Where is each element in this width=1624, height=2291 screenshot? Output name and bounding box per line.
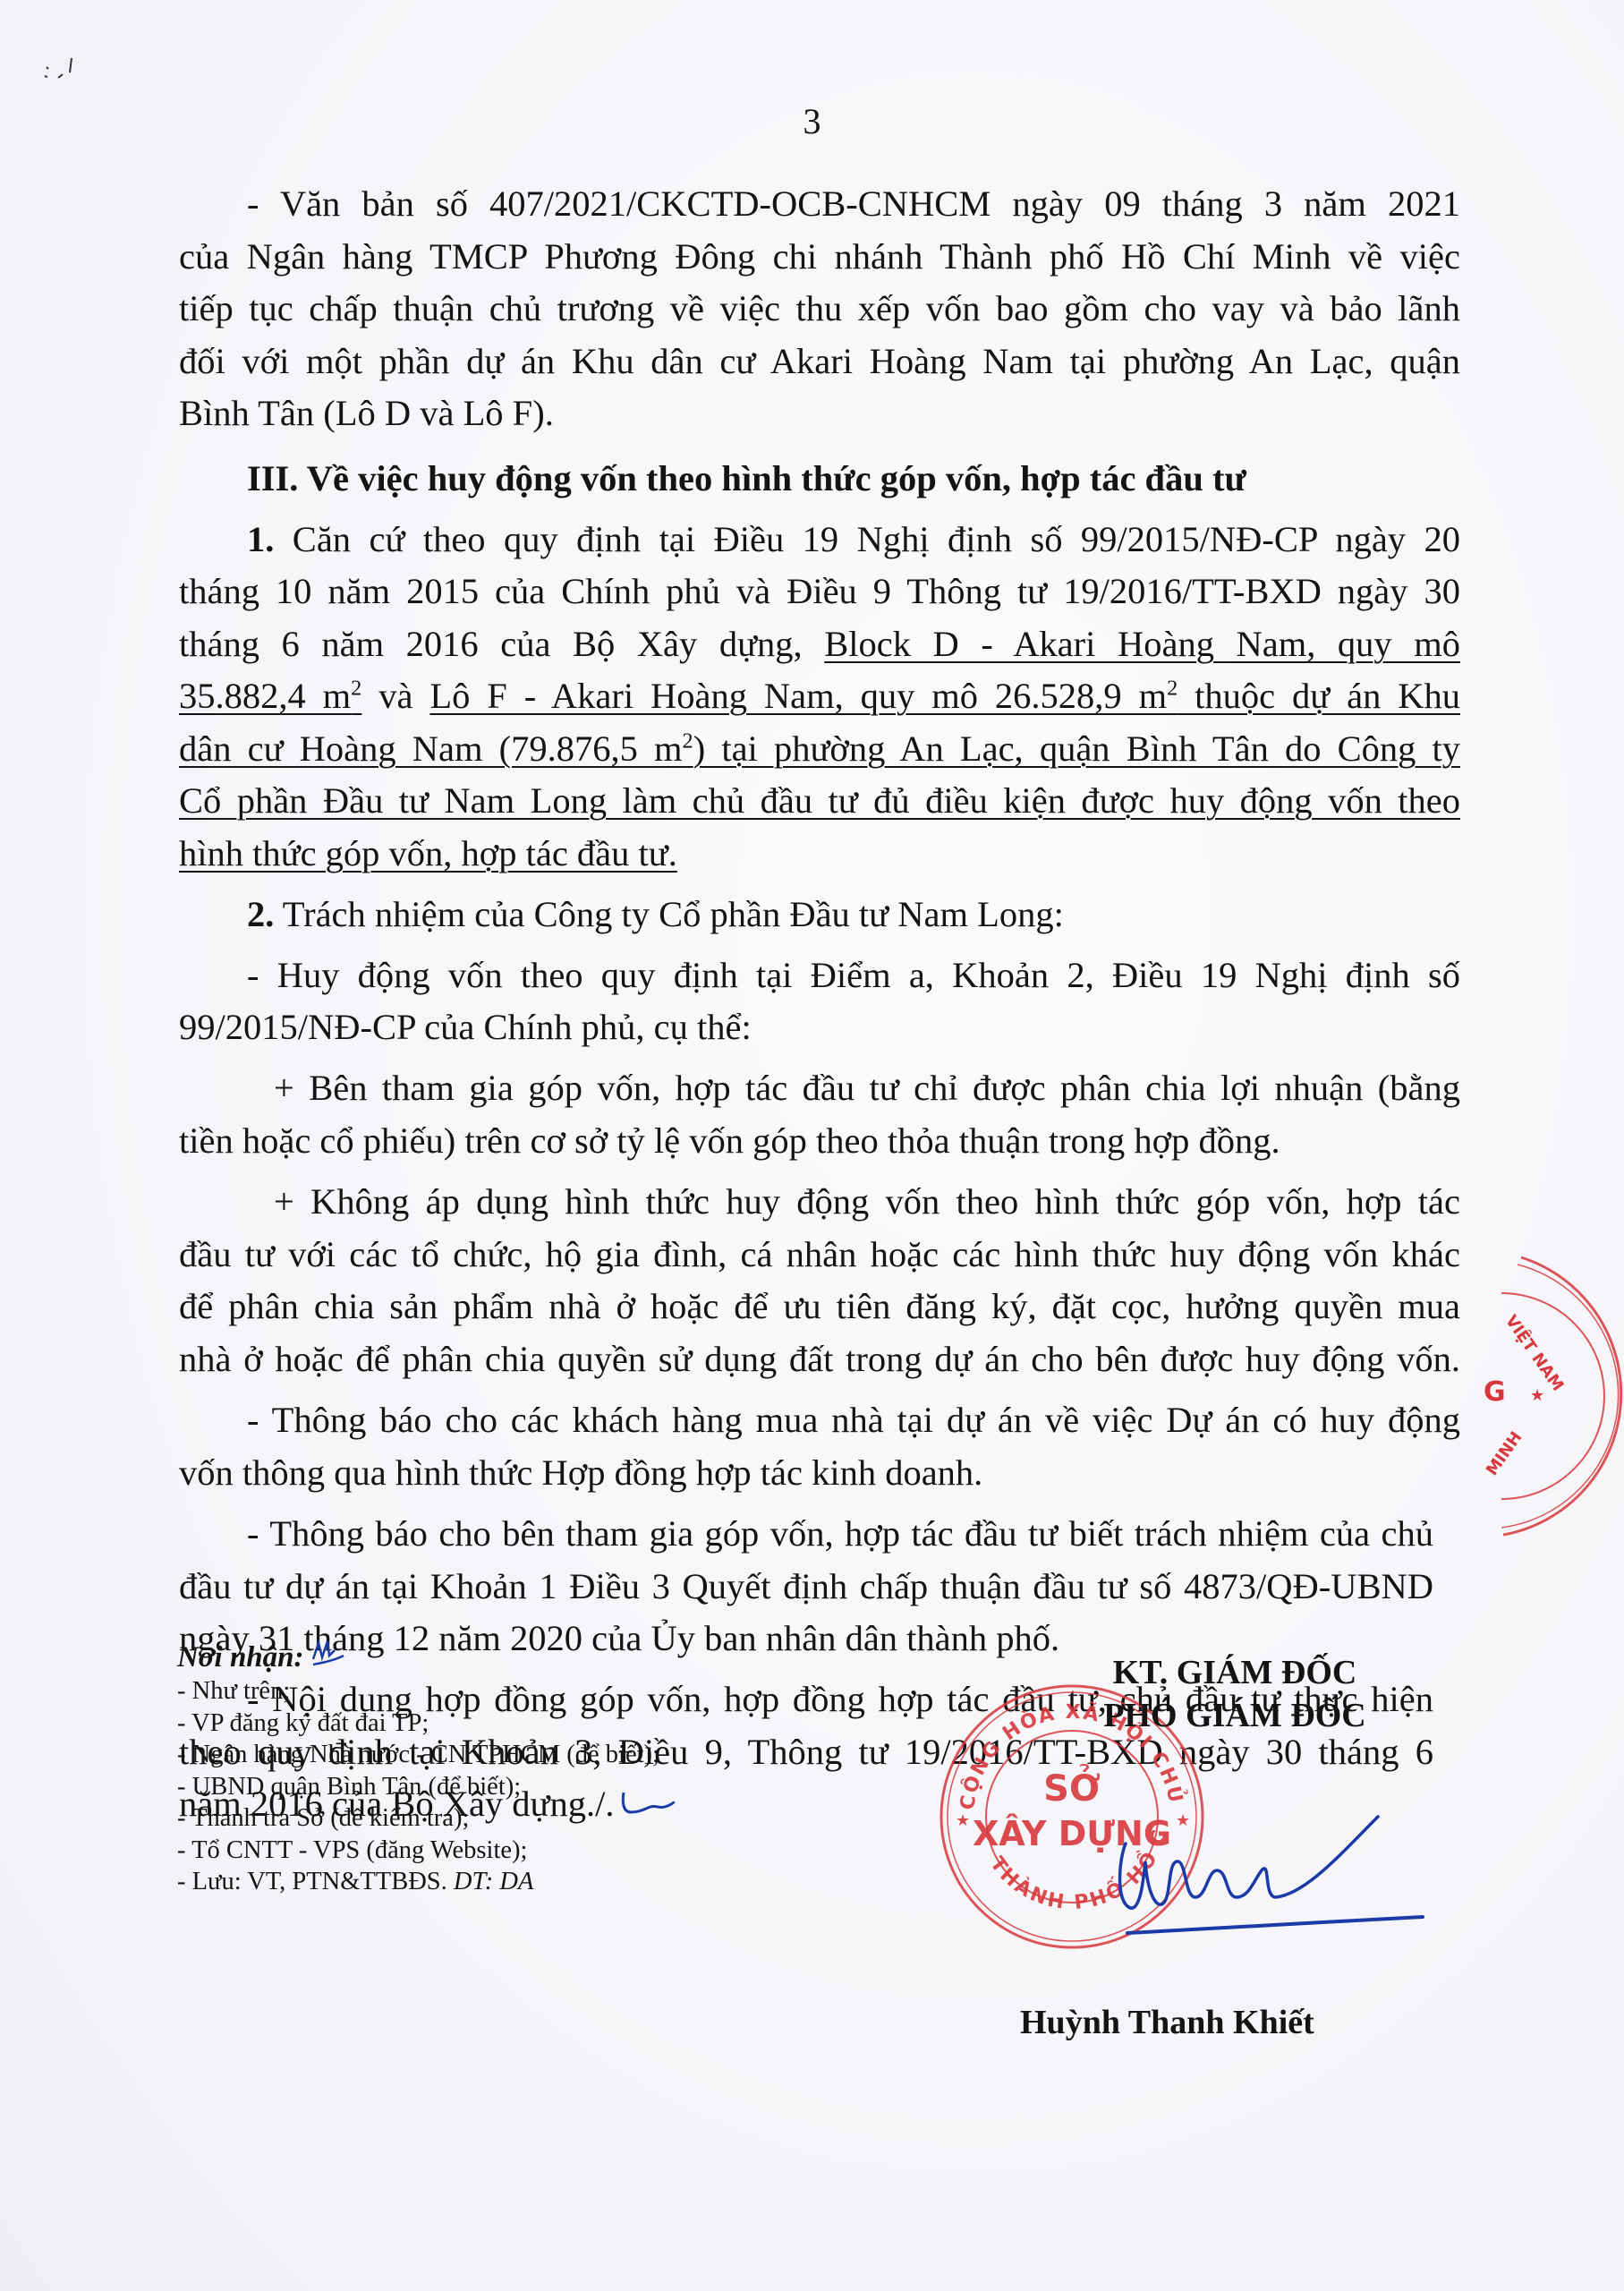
item2-line: + Không áp dụng hình thức huy động vốn t… (274, 1180, 1460, 1223)
item1-number: 1. (247, 519, 274, 559)
recipient-item: - Lưu: VT, PTN&TTBĐS. DT: DA (177, 1866, 659, 1898)
signer-name: Huỳnh Thanh Khiết (1020, 2003, 1314, 2042)
recipient-item: - Thanh tra Sở (để kiểm tra); (177, 1802, 659, 1835)
underlined-text: Block D - Akari Hoàng Nam, quy mô (824, 624, 1460, 664)
recipient-item: - Tổ CNTT - VPS (đăng Website); (177, 1835, 659, 1867)
recipient-item: - Như trên; (177, 1675, 659, 1708)
recipients-title: Nơi nhận: (177, 1638, 659, 1675)
recipient-item: - Ngân hàng Nhà nước - CN TPHCM (để biết… (177, 1739, 659, 1771)
underlined-text: Lô F - Akari Hoàng Nam, quy mô 26.528,9 … (429, 676, 1460, 716)
item2-title: 2. Trách nhiệm của Công ty Cổ phần Đầu t… (247, 893, 1460, 936)
intro-line: tiếp tục chấp thuận chủ trương về việc t… (179, 287, 1460, 330)
item1-line: hình thức góp vốn, hợp tác đầu tư. (179, 832, 1460, 875)
recipients-block: Nơi nhận: - Như trên; - VP đăng ký đất đ… (177, 1638, 659, 1898)
intro-line: Bình Tân (Lô D và Lô F). (179, 392, 1460, 435)
intro-line: của Ngân hàng TMCP Phương Đông chi nhánh… (179, 235, 1460, 278)
underlined-text: 35.882,4 m2 (179, 676, 361, 716)
svg-text:VIỆT NAM: VIỆT NAM (1501, 1311, 1568, 1394)
item2-line: - Thông báo cho các khách hàng mua nhà t… (247, 1399, 1460, 1442)
signature-block: KT. GIÁM ĐỐC PHÓ GIÁM ĐỐC (984, 1651, 1485, 1737)
item1-line: Cổ phần Đầu tư Nam Long làm chủ đầu tư đ… (179, 779, 1460, 822)
item2-line: vốn thông qua hình thức Hợp đồng hợp tác… (179, 1452, 1460, 1495)
svg-text:SỞ: SỞ (1043, 1762, 1101, 1810)
recipient-item: - UBND quận Bình Tân (để biết); (177, 1771, 659, 1803)
item2-line: đầu tư với các tổ chức, hộ gia đình, cá … (179, 1233, 1460, 1276)
signature-title-1: KT. GIÁM ĐỐC (984, 1651, 1485, 1694)
item2-line: - Huy động vốn theo quy định tại Điểm a,… (247, 954, 1460, 997)
handwritten-signature-icon (1110, 1808, 1432, 1942)
partial-stamp-icon: VIỆT NAM G ★ MINH (1467, 1248, 1624, 1544)
svg-text:MINH: MINH (1483, 1428, 1526, 1479)
item1-line: dân cư Hoàng Nam (79.876,5 m2) tại phườn… (179, 728, 1460, 771)
item1-line: tháng 6 năm 2016 của Bộ Xây dựng, Block … (179, 623, 1460, 666)
intro-line: - Văn bản số 407/2021/CKCTD-OCB-CNHCM ng… (247, 183, 1460, 226)
item2-line: đầu tư dự án tại Khoản 1 Điều 3 Quyết đị… (179, 1565, 1433, 1608)
document-page: 3 - Văn bản số 407/2021/CKCTD-OCB-CNHCM … (0, 0, 1624, 2291)
svg-text:★: ★ (1530, 1386, 1544, 1405)
item2-line: 99/2015/NĐ-CP của Chính phủ, cụ thể: (179, 1006, 1460, 1049)
intro-line: đối với một phần dự án Khu dân cư Akari … (179, 340, 1460, 383)
item1-line: 35.882,4 m2 và Lô F - Akari Hoàng Nam, q… (179, 675, 1460, 718)
item2-line: để phân chia sản phẩm nhà ở hoặc để ưu t… (179, 1285, 1460, 1328)
item2-line: nhà ở hoặc để phân chia quyền sử dụng đấ… (179, 1338, 1460, 1381)
item2-line: + Bên tham gia góp vốn, hợp tác đầu tư c… (274, 1067, 1460, 1110)
handwritten-initial-icon (310, 1638, 347, 1668)
item2-line: - Thông báo cho bên tham gia góp vốn, hợ… (247, 1512, 1433, 1555)
item2-number: 2. (247, 894, 274, 934)
item2-line: tiền hoặc cổ phiếu) trên cơ sở tỷ lệ vốn… (179, 1120, 1460, 1163)
signature-title-2: PHÓ GIÁM ĐỐC (984, 1694, 1485, 1737)
item1-line: tháng 10 năm 2015 của Chính phủ và Điều … (179, 570, 1460, 613)
recipient-item: - VP đăng ký đất đai TP; (177, 1708, 659, 1740)
item1-line: 1. Căn cứ theo quy định tại Điều 19 Nghị… (247, 518, 1460, 561)
page-number: 3 (0, 100, 1624, 142)
section-heading: III. Về việc huy động vốn theo hình thức… (247, 457, 1460, 500)
svg-text:G: G (1484, 1376, 1506, 1408)
svg-text:★: ★ (956, 1811, 970, 1830)
